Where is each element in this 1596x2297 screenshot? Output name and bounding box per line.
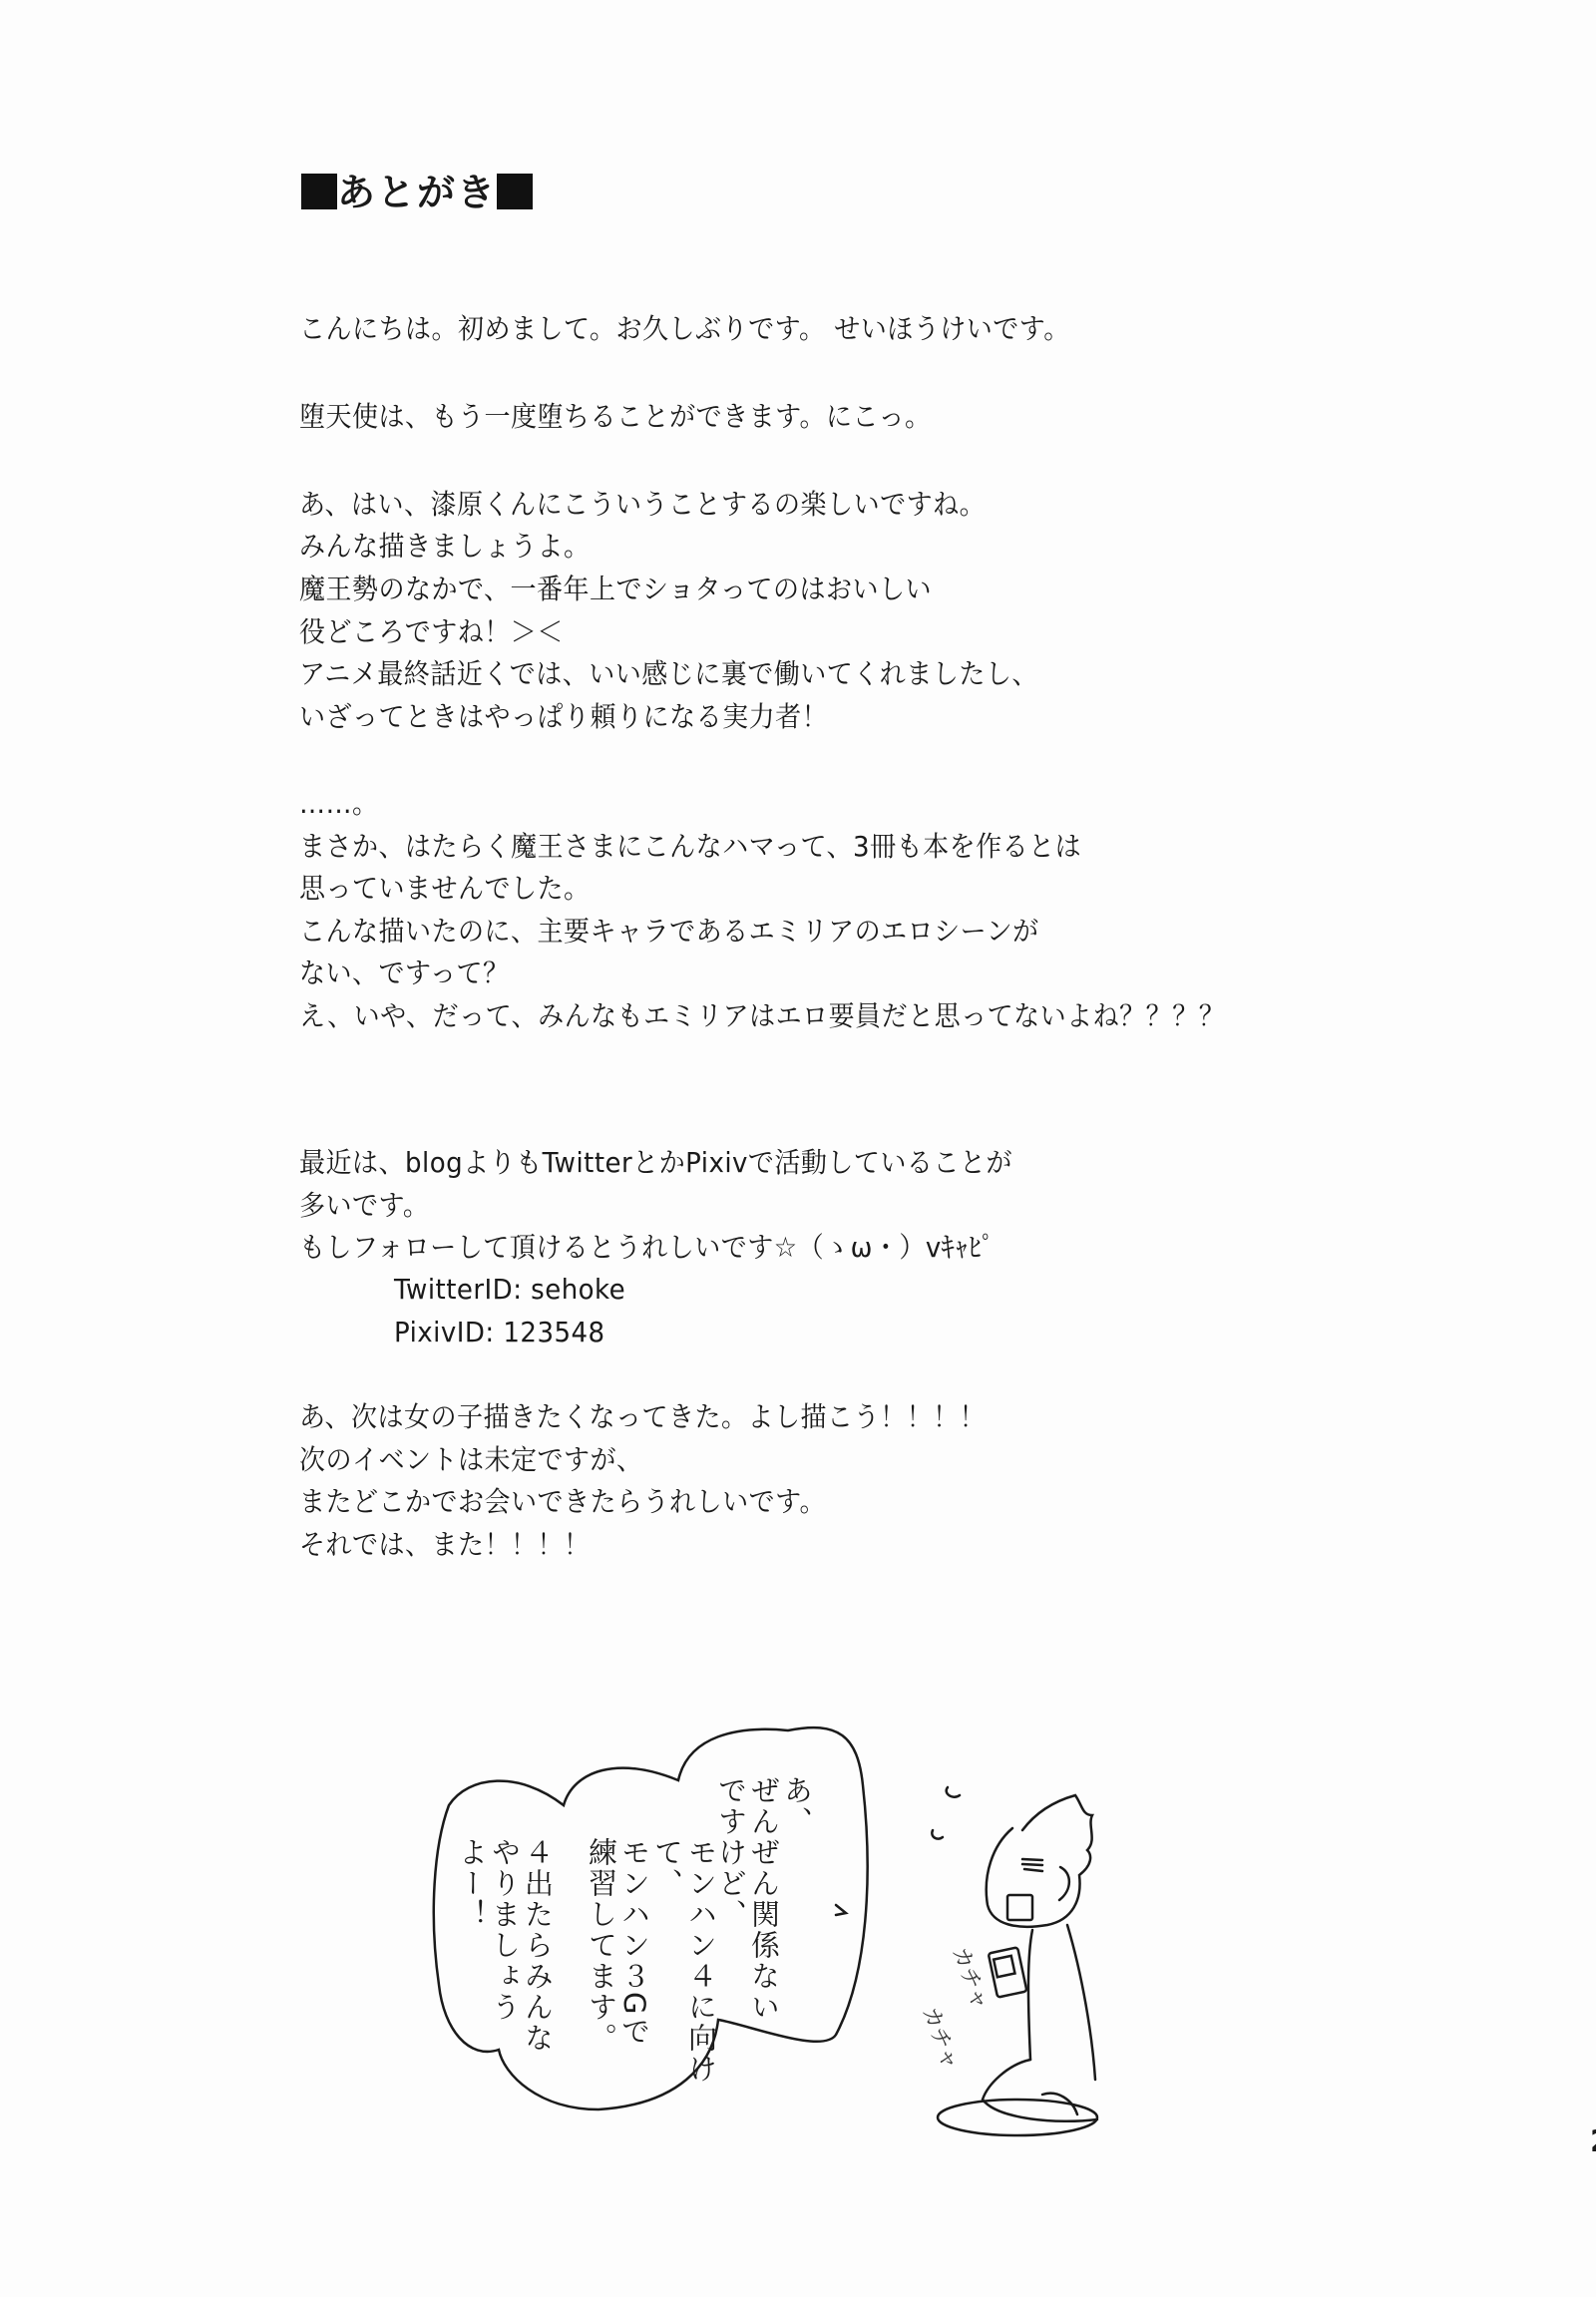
handheld-game-icon [989, 1947, 1027, 1997]
bubble-text-col: やりましょう [488, 1837, 522, 2136]
bubble-text-col: ですけど、 [714, 1775, 748, 2075]
bubble-text-col: あ、 [780, 1775, 814, 2075]
page-number: 2 [1590, 2124, 1596, 2159]
bubble-text-col: ぜんぜん関係ない [747, 1775, 781, 2075]
bubble-text-col: モンハン３Gで [617, 1837, 651, 2136]
bubble-text-col: モンハン４に向けて、 [650, 1837, 718, 2136]
sound-effect-1: カチャ [947, 1944, 993, 2014]
bubble-text-col: ４出たらみんな [521, 1837, 555, 2136]
bubble-text-col: よー！ [455, 1837, 489, 2136]
character-body [1067, 1925, 1095, 2080]
bubble-text-col: 練習してます。 [585, 1837, 618, 2136]
sound-effect-2: カチャ [917, 2004, 963, 2074]
